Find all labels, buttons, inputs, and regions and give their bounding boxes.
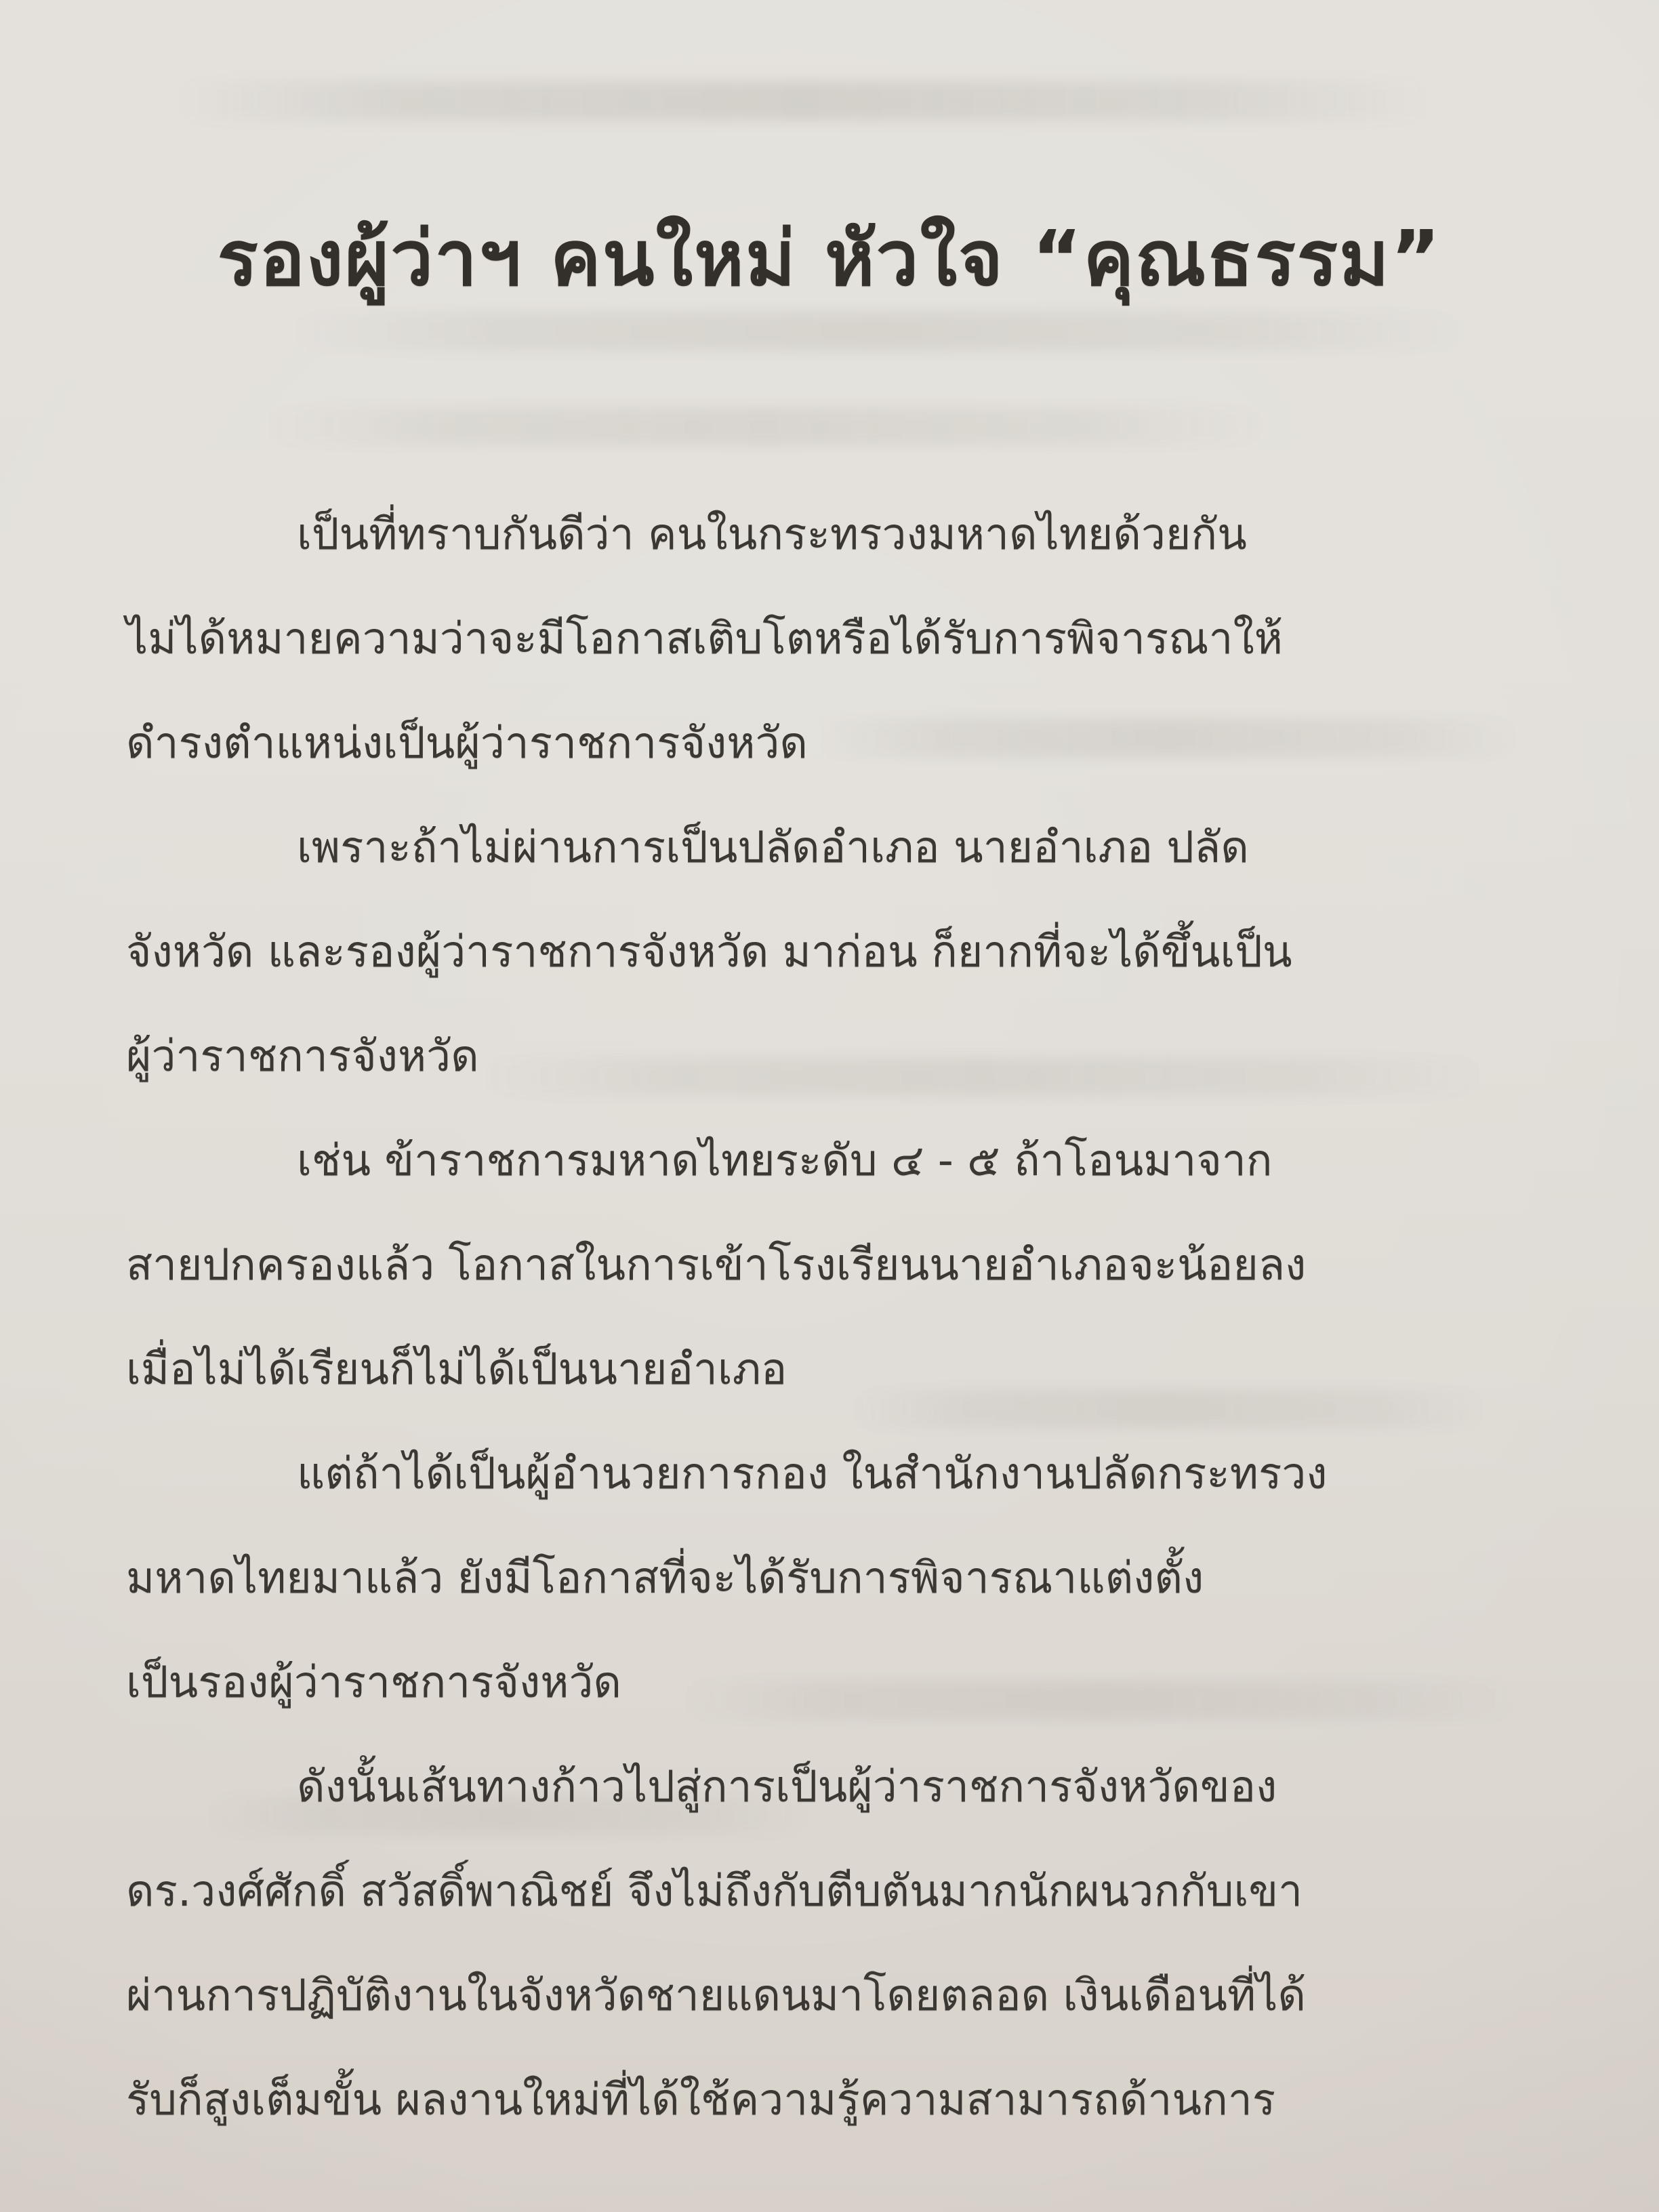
body-text-line: เมื่อไม่ได้เรียนก็ไม่ได้เป็นนายอำเภอ — [126, 1317, 1517, 1422]
body-text-line: ดำรงตำแหน่งเป็นผู้ว่าราชการจังหวัด — [126, 691, 1517, 796]
body-text-line: ดังนั้นเส้นทางก้าวไปสู่การเป็นผู้ว่าราชก… — [126, 1735, 1517, 1839]
body-text-line: รับก็สูงเต็มขั้น ผลงานใหม่ที่ได้ใช้ความร… — [126, 2048, 1517, 2152]
body-text-line: ผ่านการปฏิบัติงานในจังหวัดชายแดนมาโดยตลอ… — [126, 1944, 1517, 2048]
body-text-line: สายปกครองแล้ว โอกาสในการเข้าโรงเรียนนายอ… — [126, 1213, 1517, 1317]
body-text-line: แต่ถ้าได้เป็นผู้อำนวยการกอง ในสำนักงานปล… — [126, 1422, 1517, 1526]
body-text-line: เป็นรองผู้ว่าราชการจังหวัด — [126, 1631, 1517, 1735]
body-text-line: ดร.วงศ์ศักดิ์ สวัสดิ์พาณิชย์ จึงไม่ถึงกั… — [126, 1839, 1517, 1944]
book-page: รองผู้ว่าฯ คนใหม่ หัวใจ “คุณธรรม” เป็นที… — [0, 0, 1659, 2212]
page-bleedthrough — [176, 81, 1430, 121]
article-body: เป็นที่ทราบกันดีว่า คนในกระทรวงมหาดไทยด้… — [126, 483, 1517, 2152]
body-text-line: ผู้ว่าราชการจังหวัด — [126, 1004, 1517, 1109]
body-text-line: เป็นที่ทราบกันดีว่า คนในกระทรวงมหาดไทยด้… — [126, 483, 1517, 587]
article-title: รองผู้ว่าฯ คนใหม่ หัวใจ “คุณธรรม” — [0, 199, 1659, 320]
body-text-line: ไม่ได้หมายความว่าจะมีโอกาสเติบโตหรือได้ร… — [126, 587, 1517, 691]
body-text-line: เพราะถ้าไม่ผ่านการเป็นปลัดอำเภอ นายอำเภอ… — [126, 796, 1517, 900]
body-text-line: มหาดไทยมาแล้ว ยังมีโอกาสที่จะได้รับการพิ… — [126, 1526, 1517, 1631]
page-bleedthrough — [258, 407, 1274, 446]
body-text-line: จังหวัด และรองผู้ว่าราชการจังหวัด มาก่อน… — [126, 900, 1517, 1004]
body-text-line: เช่น ข้าราชการมหาดไทยระดับ ๔ - ๕ ถ้าโอนม… — [126, 1109, 1517, 1213]
